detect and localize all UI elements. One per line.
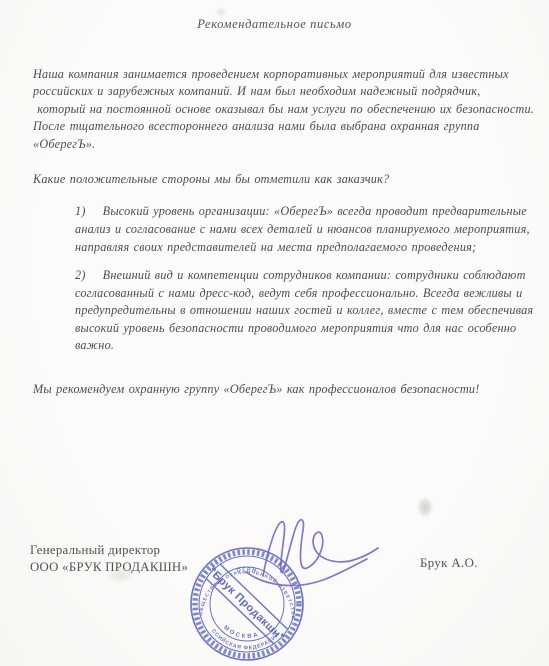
ink-smudge (418, 498, 432, 516)
scanned-letter-page: Рекомендательное письмо Наша компания за… (0, 0, 549, 666)
text-line: После тщательного всестороннего анализа … (33, 118, 534, 135)
text-line: который на постоянной основе оказывал бы… (33, 101, 534, 118)
text-line: направляя своих представителей на места … (75, 238, 530, 256)
stamp-city-text: МОСКВА (222, 625, 260, 640)
recommendation-paragraph: Мы рекомендуем охранную группу «ОберегЪ»… (33, 381, 479, 398)
svg-text:МОСКВА: МОСКВА (222, 625, 260, 640)
list-item-1: 1) Высокий уровень организации: «ОберегЪ… (75, 202, 530, 257)
text-line: Какие положительные стороны мы бы отмети… (33, 171, 389, 188)
signoff-block: Генеральный директор ООО «БРУК ПРОДАКШН» (30, 542, 188, 575)
text-line: «ОберегЪ». (33, 136, 534, 153)
text-line: Мы рекомендуем охранную группу «ОберегЪ»… (33, 381, 479, 398)
text-line: согласованный с нами дресс-код, ведут се… (75, 285, 533, 303)
text-line: высокий уровень безопасности проводимого… (75, 320, 533, 338)
text-line: 1) Высокий уровень организации: «ОберегЪ… (75, 202, 530, 220)
signer-position: Генеральный директор (30, 542, 188, 559)
text-line: важно. (75, 337, 533, 355)
text-line: предупредительны в отношении наших госте… (75, 302, 533, 320)
question-paragraph: Какие положительные стороны мы бы отмети… (33, 171, 389, 188)
intro-paragraph: Наша компания занимается проведением кор… (33, 66, 534, 153)
list-item-2: 2) Внешний вид и компетенции сотрудников… (75, 267, 533, 355)
ink-smudge (108, 568, 134, 582)
letter-title: Рекомендательное письмо (0, 17, 549, 32)
text-line: Наша компания занимается проведением кор… (33, 66, 534, 83)
text-line: российских и зарубежных компаний. И нам … (33, 83, 534, 100)
handwritten-signature (233, 510, 381, 598)
ink-smudge (216, 8, 226, 16)
signer-name: Брук А.О. (420, 556, 478, 571)
signature-stroke-icon (233, 510, 381, 598)
text-line: анализ и согласование с нами всех детале… (75, 220, 530, 238)
text-line: 2) Внешний вид и компетенции сотрудников… (75, 267, 533, 285)
